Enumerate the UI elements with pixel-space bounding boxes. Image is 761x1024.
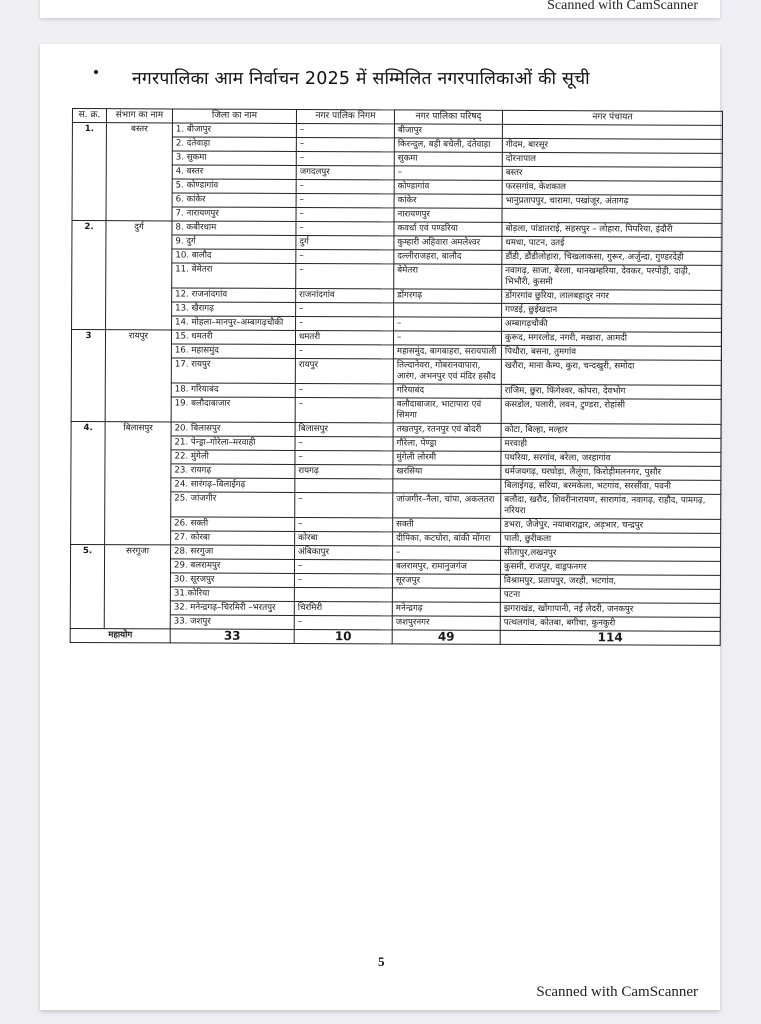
document-title: नगरपालिका आम निर्वाचन 2025 में सम्मिलित … xyxy=(132,66,692,90)
panchayat-cell: गण्डई, छुईखदान xyxy=(502,303,722,318)
nigam-cell: धमतरी xyxy=(295,330,393,344)
panchayat-cell: बोड़ला, पांडातराई, सहसपुर – लोहारा, पिपर… xyxy=(502,222,722,237)
parishad-cell: सुकमा xyxy=(394,152,502,166)
panchayat-cell: डोंगरगांव छुरिया, लालबहादुर नगर xyxy=(502,289,722,304)
parishad-cell: जांजगीर–नैला, चांपा, अकलतरा xyxy=(393,493,501,518)
district-cell: 4. बस्तर xyxy=(172,165,296,180)
table-row: 5.सरगुजा28. सरगुजाअंबिकापुर–सीतापुर,लखनप… xyxy=(71,544,721,561)
division-sno: 3 xyxy=(71,330,105,422)
district-cell: 9. दुर्ग xyxy=(172,235,296,250)
parishad-cell: सूरजपुर xyxy=(392,574,500,588)
panchayat-cell: सीतापुर,लखनपुर xyxy=(501,546,721,561)
nigam-cell: – xyxy=(294,559,392,573)
division-name: बिलासपुर xyxy=(105,422,172,545)
division-name: बस्तर xyxy=(106,123,172,221)
parishad-cell: – xyxy=(394,166,502,180)
district-cell: 10. बालौद xyxy=(172,249,296,264)
nigam-cell: – xyxy=(294,573,392,587)
district-cell: 2. दंतेवाड़ा xyxy=(172,137,296,152)
parishad-cell xyxy=(393,479,501,493)
panchayat-cell: झगराखंड, खोंगापानी, नई लेदरी, जनकपुर xyxy=(500,602,720,617)
district-cell: 26. सक्ती xyxy=(171,517,295,532)
district-cell: 21. पेन्ड्रा–गोरेला–मरवाही xyxy=(171,436,295,451)
parishad-cell: बलरामपुर, रामानुजगंज xyxy=(392,560,500,574)
header-sno: स. क्र. xyxy=(72,109,106,123)
division-sno: 1. xyxy=(72,123,106,221)
district-cell: 11. बेमेतरा xyxy=(172,263,296,289)
nigam-cell xyxy=(294,587,392,601)
panchayat-cell: विश्रामपुर, प्रतापपुर, जरही, भटगांव, xyxy=(500,574,720,589)
parishad-cell: मुंगेली लोरमी xyxy=(393,451,501,465)
district-cell: 27. कोरबा xyxy=(171,531,295,546)
document-page: नगरपालिका आम निर्वाचन 2025 में सम्मिलित … xyxy=(40,44,720,1010)
nigam-cell: कोरबा xyxy=(295,531,393,545)
panchayat-cell: पिथौरा, बसना, तुमगांव xyxy=(501,345,721,360)
district-cell: 33. जशपुर xyxy=(170,615,294,630)
panchayat-cell: राजिम, छुरा, फिंगेश्वर, कोपरा, देवभोग xyxy=(501,384,721,399)
parishad-cell: बेमेतरा xyxy=(394,264,502,289)
division-name: रायपुर xyxy=(105,330,171,422)
parishad-cell: सक्ती xyxy=(393,518,501,532)
parishad-cell: जशपुरनगर xyxy=(392,616,500,630)
nigam-cell: – xyxy=(296,221,394,235)
district-cell: 18. गरियाबंद xyxy=(171,383,295,398)
district-cell: 13. खैरागढ़ xyxy=(172,302,296,317)
panchayat-cell: दोरनापाल xyxy=(502,152,722,167)
panchayat-cell: अम्बागढ़चौकी xyxy=(502,317,722,332)
table-row: 3रायपुर15. धमतरीधमतरी–कुरूद, मगरलोड, नगर… xyxy=(71,330,721,347)
parishad-cell: तिल्दानेवरा, गोबरानवापारा, आरंग, अभनपुर … xyxy=(393,359,501,384)
nigam-cell: – xyxy=(295,383,393,397)
panchayat-cell: मरवाही xyxy=(501,437,721,452)
parishad-cell: गरियाबंद xyxy=(393,384,501,398)
parishad-cell: खरसिया xyxy=(393,465,501,479)
nigam-cell: – xyxy=(296,249,394,263)
panchayat-cell: धमधा, पाटन, उतई xyxy=(502,236,722,251)
parishad-cell: कांकेर xyxy=(394,194,502,208)
district-cell: 20. बिलासपुर xyxy=(171,422,295,437)
district-cell: 25. जांजगीर xyxy=(171,492,295,518)
panchayat-cell: डौंडी, डौंडीलोहारा, चिखलाकसा, गुरूर, अर्… xyxy=(502,250,722,265)
parishad-cell: दल्लीराजहरा, बालौद xyxy=(394,250,502,264)
district-cell: 14. मोहला–मानपुर–अम्बागढ़चौकी xyxy=(172,316,296,331)
parishad-cell: कुम्हारी अहिवारा अमलेश्वर xyxy=(394,236,502,250)
panchayat-cell xyxy=(502,208,722,223)
district-cell: 29. बलरामपुर xyxy=(170,559,294,574)
division-name: दुर्ग xyxy=(106,221,172,330)
nigam-cell xyxy=(295,478,393,492)
nigam-cell: – xyxy=(296,302,394,316)
header-division: संभाग का नाम xyxy=(106,109,172,123)
panchayat-cell: कुसमी, राजपुर, वाड्रफनगर xyxy=(500,560,720,575)
district-cell: 1. बीजापुर xyxy=(172,123,296,138)
nigam-cell: – xyxy=(295,450,393,464)
parishad-cell: किरन्दुल, बड़ी बचेली, दंतेवाड़ा xyxy=(394,138,502,152)
district-cell: 30. सूरजपुर xyxy=(170,573,294,588)
nigam-cell: – xyxy=(294,615,392,629)
panchayat-cell: भानुप्रतापपुर, चारामा, पखांजूर, अंतागढ़ xyxy=(502,194,722,209)
nigam-cell: जगदलपुर xyxy=(296,165,394,179)
nigam-cell: – xyxy=(295,517,393,531)
table-row: 2.दुर्ग8. कबीरधाम–कवर्धा एवं पण्डरियाबोड… xyxy=(72,221,722,238)
parishad-cell: – xyxy=(393,331,501,345)
nigam-cell: – xyxy=(295,397,393,422)
panchayat-cell xyxy=(502,124,722,139)
header-district: जिला का नाम xyxy=(172,109,296,124)
previous-page: Scanned with CamScanner xyxy=(40,0,720,18)
previous-page-scanner-mark: Scanned with CamScanner xyxy=(547,0,698,14)
parishad-cell: बीजापुर xyxy=(394,124,502,138)
parishad-cell: – xyxy=(394,317,502,331)
total-label: महायोग xyxy=(70,628,170,642)
district-cell: 32. मनेन्द्रगढ़–चिरमिरी –भरतपुर xyxy=(170,601,294,616)
district-cell: 16. महासमुंद xyxy=(171,344,295,359)
district-cell: 12. राजनांदगांव xyxy=(172,288,296,303)
district-cell: 31.कोरिया xyxy=(170,587,294,602)
page-number: 5 xyxy=(378,954,385,970)
total-districts: 33 xyxy=(170,629,294,644)
district-cell: 7. नारायणपुर xyxy=(172,207,296,222)
parishad-cell: बलौदाबाजार, भाटापारा एवं सिमगा xyxy=(393,398,501,423)
nigam-cell: – xyxy=(296,151,394,165)
nigam-cell: – xyxy=(296,123,394,137)
panchayat-cell: बिलाईगढ़, सरिया, बरमकेला, भटगांव, सरसींव… xyxy=(501,479,721,494)
panchayat-cell: पटना xyxy=(500,588,720,603)
panchayat-cell: नवागढ़, साजा, बेरला, थानखम्हरिया, देवकर,… xyxy=(502,264,722,290)
nigam-cell: – xyxy=(295,492,393,517)
panchayat-cell: बलौदा, खरौद, शिवरीनारायण, सारागांव, नवाग… xyxy=(501,493,721,519)
district-cell: 15. धमतरी xyxy=(171,330,295,345)
bullet-dot xyxy=(94,70,98,74)
header-parishad: नगर पालिका परिषद् xyxy=(394,110,502,124)
nigam-cell: – xyxy=(296,263,394,288)
nigam-cell: – xyxy=(296,207,394,221)
total-parishad: 49 xyxy=(392,630,500,644)
nigam-cell: दुर्ग xyxy=(296,235,394,249)
panchayat-cell: बस्तर xyxy=(502,166,722,181)
district-cell: 3. सुकमा xyxy=(172,151,296,166)
district-cell: 17. रायपुर xyxy=(171,358,295,384)
nigam-cell: – xyxy=(296,137,394,151)
parishad-cell: दीपिका, कटघोरा, बांकी मोंगरा xyxy=(393,532,501,546)
nigam-cell: रायगढ़ xyxy=(295,464,393,478)
nigam-cell: – xyxy=(296,316,394,330)
nigam-cell: अंबिकापुर xyxy=(295,545,393,559)
parishad-cell xyxy=(392,588,500,602)
parishad-cell: नारायणपुर xyxy=(394,208,502,222)
division-sno: 2. xyxy=(72,221,106,330)
total-nigam: 10 xyxy=(294,629,392,643)
panchayat-cell: पत्थलगांव, कोतबा, बगीचा, कुनकुरी xyxy=(500,616,720,631)
district-cell: 28. सरगुजा xyxy=(171,545,295,560)
panchayat-cell: कुरूद, मगरलोड, नगरी, मखारा, आमदी xyxy=(501,331,721,346)
panchayat-cell: कसडोल, पलारी, लवन, टुण्डरा, रोहांसी xyxy=(501,398,721,424)
division-sno: 4. xyxy=(71,421,106,544)
division-sno: 5. xyxy=(70,544,104,628)
parishad-cell: कोण्डागांव xyxy=(394,180,502,194)
parishad-cell: मनेन्द्रगढ़ xyxy=(392,602,500,616)
district-cell: 23. रायगढ़ xyxy=(171,464,295,479)
district-cell: 19. बलौदाबाजार xyxy=(171,397,295,423)
parishad-cell xyxy=(394,303,502,317)
municipality-table: स. क्र. संभाग का नाम जिला का नाम नगर पाल… xyxy=(70,108,723,646)
scanner-mark: Scanned with CamScanner xyxy=(536,984,698,1001)
panchayat-cell: कोटा, बिल्हा, मल्हार xyxy=(501,423,721,438)
parishad-cell: महासमुंद, बागबाहरा, सरायपाली xyxy=(393,345,501,359)
total-row: महायोग 33 10 49 114 xyxy=(70,628,720,645)
panchayat-cell: पथरिया, सरगांव, बरेला, जरहागांव xyxy=(501,451,721,466)
nigam-cell: – xyxy=(296,179,394,193)
district-cell: 22. मुंगेली xyxy=(171,450,295,465)
district-cell: 5. कोण्डागांव xyxy=(172,179,296,194)
nigam-cell: – xyxy=(295,436,393,450)
parishad-cell: तखतपुर, रतनपुर एवं बोदरी xyxy=(393,423,501,437)
panchayat-cell: पाली, छुरीकला xyxy=(501,532,721,547)
district-cell: 24. सारंगढ़–बिलाईगढ़ xyxy=(171,478,295,493)
table-row: 4.बिलासपुर20. बिलासपुरबिलासपुरतखतपुर, रत… xyxy=(71,421,721,438)
panchayat-cell: फरसगांव, केशकाल xyxy=(502,180,722,195)
nigam-cell: चिरमिरी xyxy=(294,601,392,615)
parishad-cell: – xyxy=(393,546,501,560)
table-row: 1.बस्तर1. बीजापुर–बीजापुर xyxy=(72,123,722,140)
panchayat-cell: खरौरा, माना कैम्प, कुरा, चन्दखुरी, समोदा xyxy=(501,359,721,385)
district-cell: 6. कांकेर xyxy=(172,193,296,208)
nigam-cell: रायपुर xyxy=(295,358,393,383)
panchayat-cell: धर्मजयगढ़, घरघोड़ा, लैलूंगा, किरोड़ीमलनग… xyxy=(501,465,721,480)
parishad-cell: गौरेला, पेण्ड्रा xyxy=(393,437,501,451)
nigam-cell: राजनांदगांव xyxy=(296,288,394,302)
nigam-cell: – xyxy=(296,193,394,207)
header-nigam: नगर पालिक निगम xyxy=(296,109,394,123)
parishad-cell: कवर्धा एवं पण्डरिया xyxy=(394,222,502,236)
panchayat-cell: गीदम, बारसूर xyxy=(502,138,722,153)
panchayat-cell: डभरा, जैजेपुर, नयाबाराद्वार, अड़भार, चन्… xyxy=(501,518,721,533)
total-panchayat: 114 xyxy=(500,630,720,645)
parishad-cell: डोंगरगढ़ xyxy=(394,289,502,303)
division-name: सरगुजा xyxy=(104,545,170,629)
nigam-cell: – xyxy=(295,344,393,358)
district-cell: 8. कबीरधाम xyxy=(172,221,296,236)
header-panchayat: नगर पंचायत xyxy=(502,110,722,125)
nigam-cell: बिलासपुर xyxy=(295,422,393,436)
